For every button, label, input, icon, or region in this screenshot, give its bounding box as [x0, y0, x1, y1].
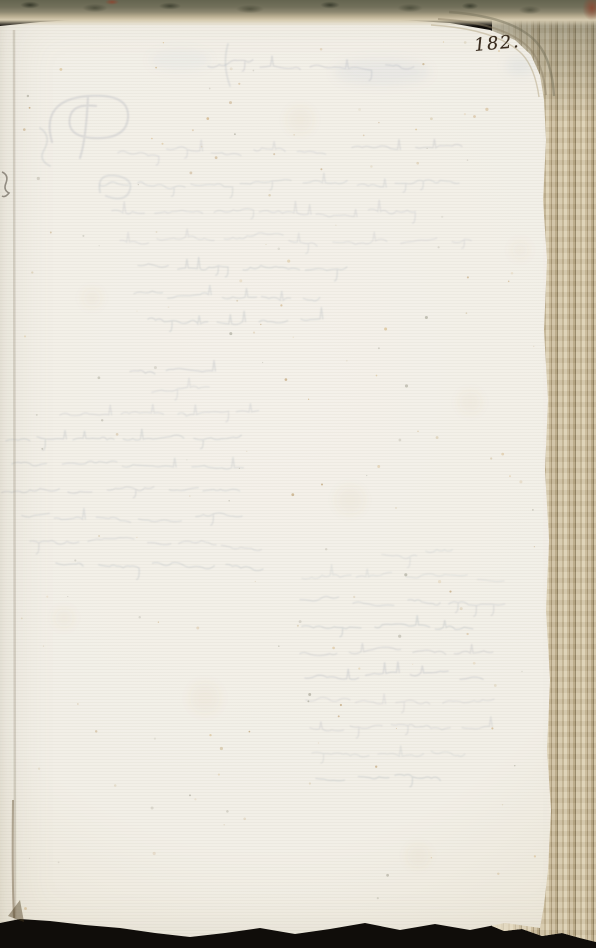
manuscript-page: [0, 0, 596, 948]
book-scan: 182.: [0, 0, 596, 948]
page-number: 182.: [473, 31, 521, 56]
